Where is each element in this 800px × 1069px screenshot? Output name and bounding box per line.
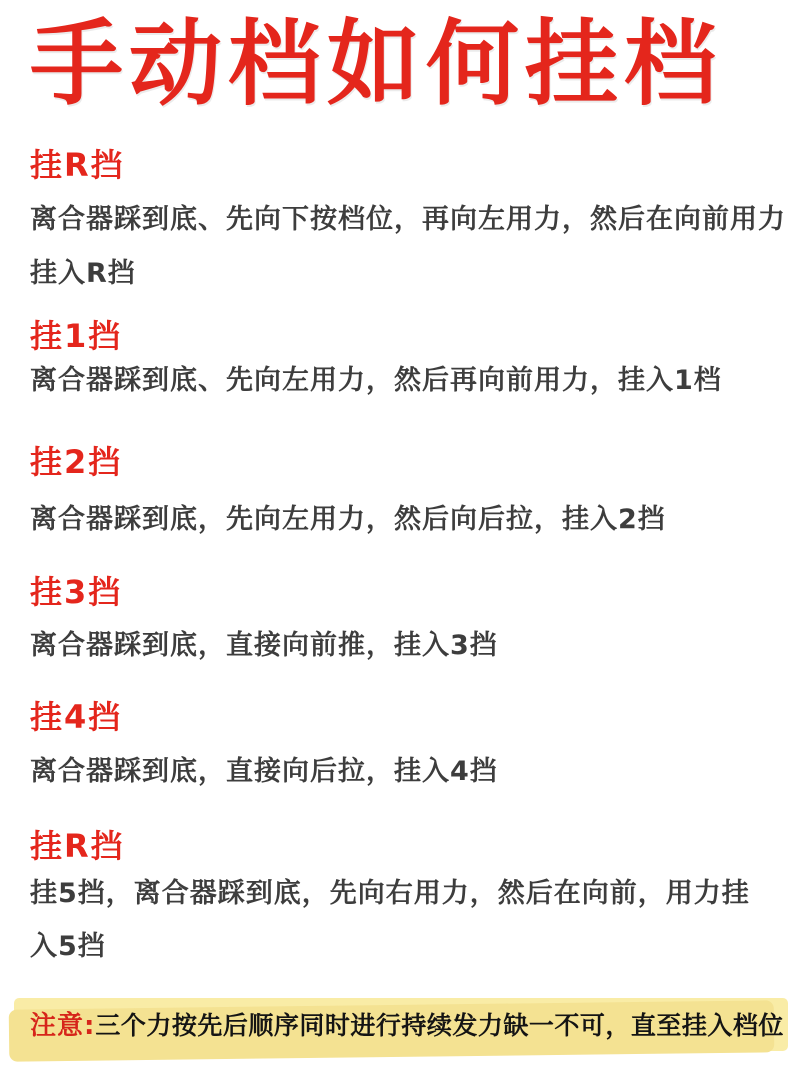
section-heading-3: 挂3挡 <box>30 575 770 610</box>
section-body-line: 离合器踩到底，直接向后拉，挂入4挡 <box>30 756 770 787</box>
note-highlight: 注意:三个力按先后顺序同时进行持续发力缺一不可，直至挂入档位 <box>14 998 788 1051</box>
section-body-line: 挂入R挡 <box>30 258 770 289</box>
poster-page: 手动档如何挂档 挂R挡 离合器踩到底、先向下按档位，再向左用力，然后在向前用力 … <box>0 0 800 1069</box>
section-heading-r: 挂R挡 <box>30 148 770 183</box>
section-body-line: 离合器踩到底，先向左用力，然后向后拉，挂入2挡 <box>30 504 770 535</box>
section-body-line: 离合器踩到底、先向左用力，然后再向前用力，挂入1档 <box>30 365 770 396</box>
section-heading-4: 挂4挡 <box>30 700 770 735</box>
section-gear-4: 挂4挡 离合器踩到底，直接向后拉，挂入4挡 <box>30 700 770 786</box>
section-heading-1: 挂1挡 <box>30 319 770 354</box>
section-gear-r: 挂R挡 离合器踩到底、先向下按档位，再向左用力，然后在向前用力 挂入R挡 <box>30 148 770 288</box>
section-body-line: 挂5挡，离合器踩到底，先向右用力，然后在向前，用力挂 <box>30 878 770 909</box>
section-gear-1: 挂1挡 离合器踩到底、先向左用力，然后再向前用力，挂入1档 <box>30 319 770 396</box>
page-title: 手动档如何挂档 <box>30 14 770 114</box>
section-gear-3: 挂3挡 离合器踩到底，直接向前推，挂入3挡 <box>30 575 770 661</box>
section-body-line: 离合器踩到底，直接向前推，挂入3挡 <box>30 630 770 661</box>
section-body-line: 离合器踩到底、先向下按档位，再向左用力，然后在向前用力 <box>30 204 770 235</box>
note-text: 三个力按先后顺序同时进行持续发力缺一不可，直至挂入档位 <box>95 1011 784 1040</box>
note-label: 注意: <box>30 1011 95 1041</box>
section-heading-r2: 挂R挡 <box>30 829 770 864</box>
section-body-line: 入5挡 <box>30 931 770 962</box>
section-gear-2: 挂2挡 离合器踩到底，先向左用力，然后向后拉，挂入2挡 <box>30 445 770 535</box>
section-heading-2: 挂2挡 <box>30 445 770 480</box>
section-gear-5: 挂R挡 挂5挡，离合器踩到底，先向右用力，然后在向前，用力挂 入5挡 <box>30 829 770 962</box>
